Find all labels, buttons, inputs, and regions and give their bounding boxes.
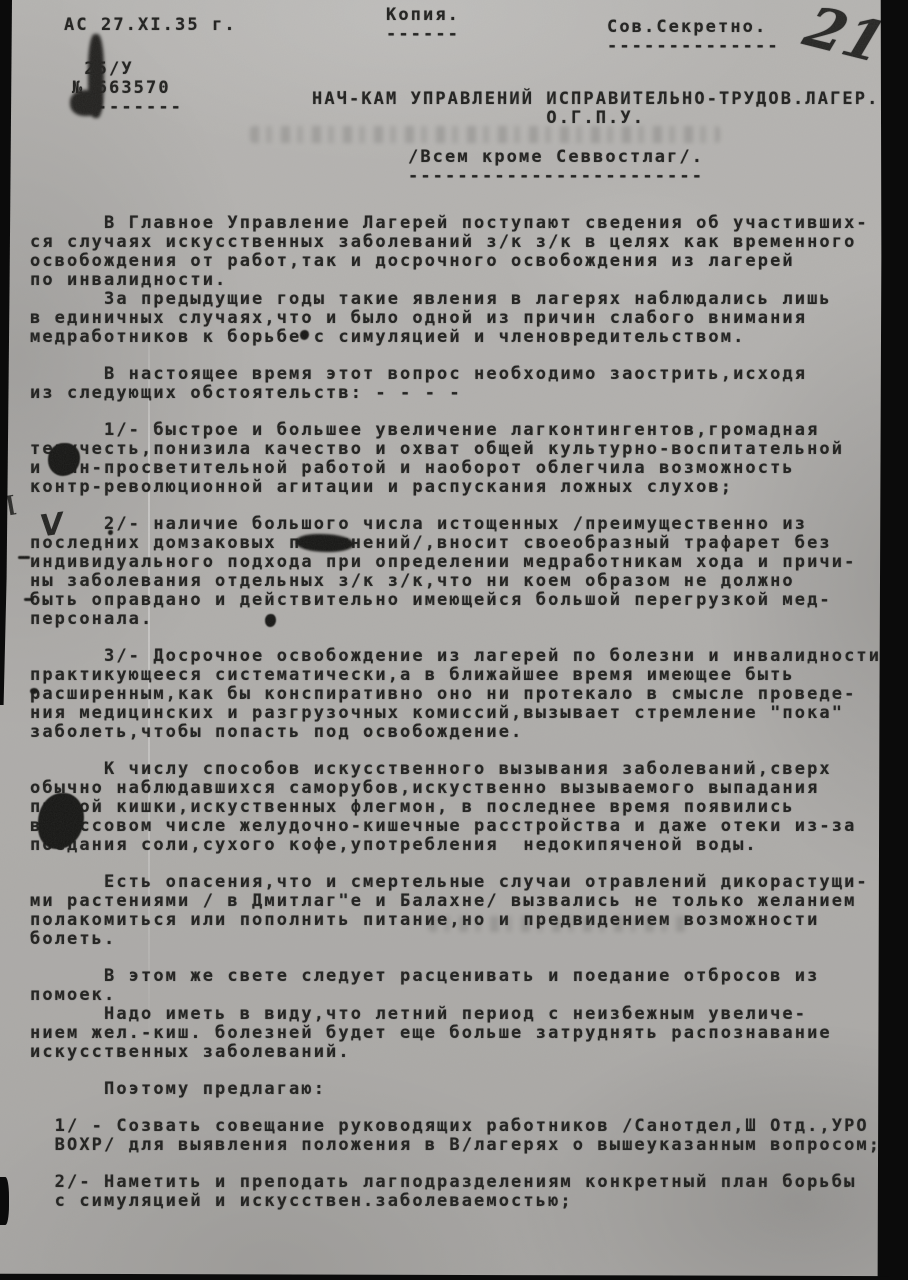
paragraph: К числу способов искусственного вызывани… [30, 760, 892, 855]
document-scan: АС 27.XI.35 г. Копия. ------ Сов.Секретн… [0, 0, 908, 1280]
scan-edge-corner [0, 1177, 9, 1225]
paragraph: В настоящее время этот вопрос необходимо… [30, 365, 892, 403]
pencil-dash [18, 556, 30, 559]
scan-edge-bottom [0, 1273, 908, 1280]
paragraph: В этом же свете следует расценивать и по… [30, 967, 892, 1062]
secrecy-label: Сов.Секретно. -------------- [607, 18, 780, 56]
paragraph: 2/- Наметить и преподать лагподразделени… [30, 1173, 892, 1211]
scan-edge-right [877, 0, 908, 1280]
handwritten-page-number: 21 [796, 0, 894, 76]
pencil-dash [24, 598, 34, 601]
scan-edge-left [0, 0, 12, 705]
ghost-text-band [428, 916, 690, 932]
ghost-text-band [250, 126, 720, 143]
handwritten-strikeout [296, 534, 354, 552]
addressee-heading: НАЧ-КАМ УПРАВЛЕНИЙ ИСПРАВИТЕЛЬНО-ТРУДОВ.… [312, 90, 879, 128]
copy-label: Копия. ------ [386, 6, 460, 44]
paragraph: 1/ - Созвать совещание руководящих работ… [30, 1117, 892, 1155]
paragraph: Есть опасения,что и смертельные случаи о… [30, 873, 892, 949]
paragraph: Поэтому предлагаю: [30, 1080, 892, 1099]
distribution-line: /Всем кроме Севвостлаг/. ---------------… [408, 148, 704, 186]
paragraph: В Главное Управление Лагерей поступают с… [30, 214, 892, 347]
paragraph: 1/- быстрое и большее увеличение лагконт… [30, 421, 892, 497]
document-body: В Главное Управление Лагерей поступают с… [30, 214, 892, 1229]
paragraph: 2/- наличие большого числа истощенных /п… [30, 515, 892, 629]
ink-smudge [70, 90, 102, 116]
paragraph: 3/- Досрочное освобождение из лагерей по… [30, 647, 892, 742]
date-reference: АС 27.XI.35 г. [64, 16, 237, 35]
